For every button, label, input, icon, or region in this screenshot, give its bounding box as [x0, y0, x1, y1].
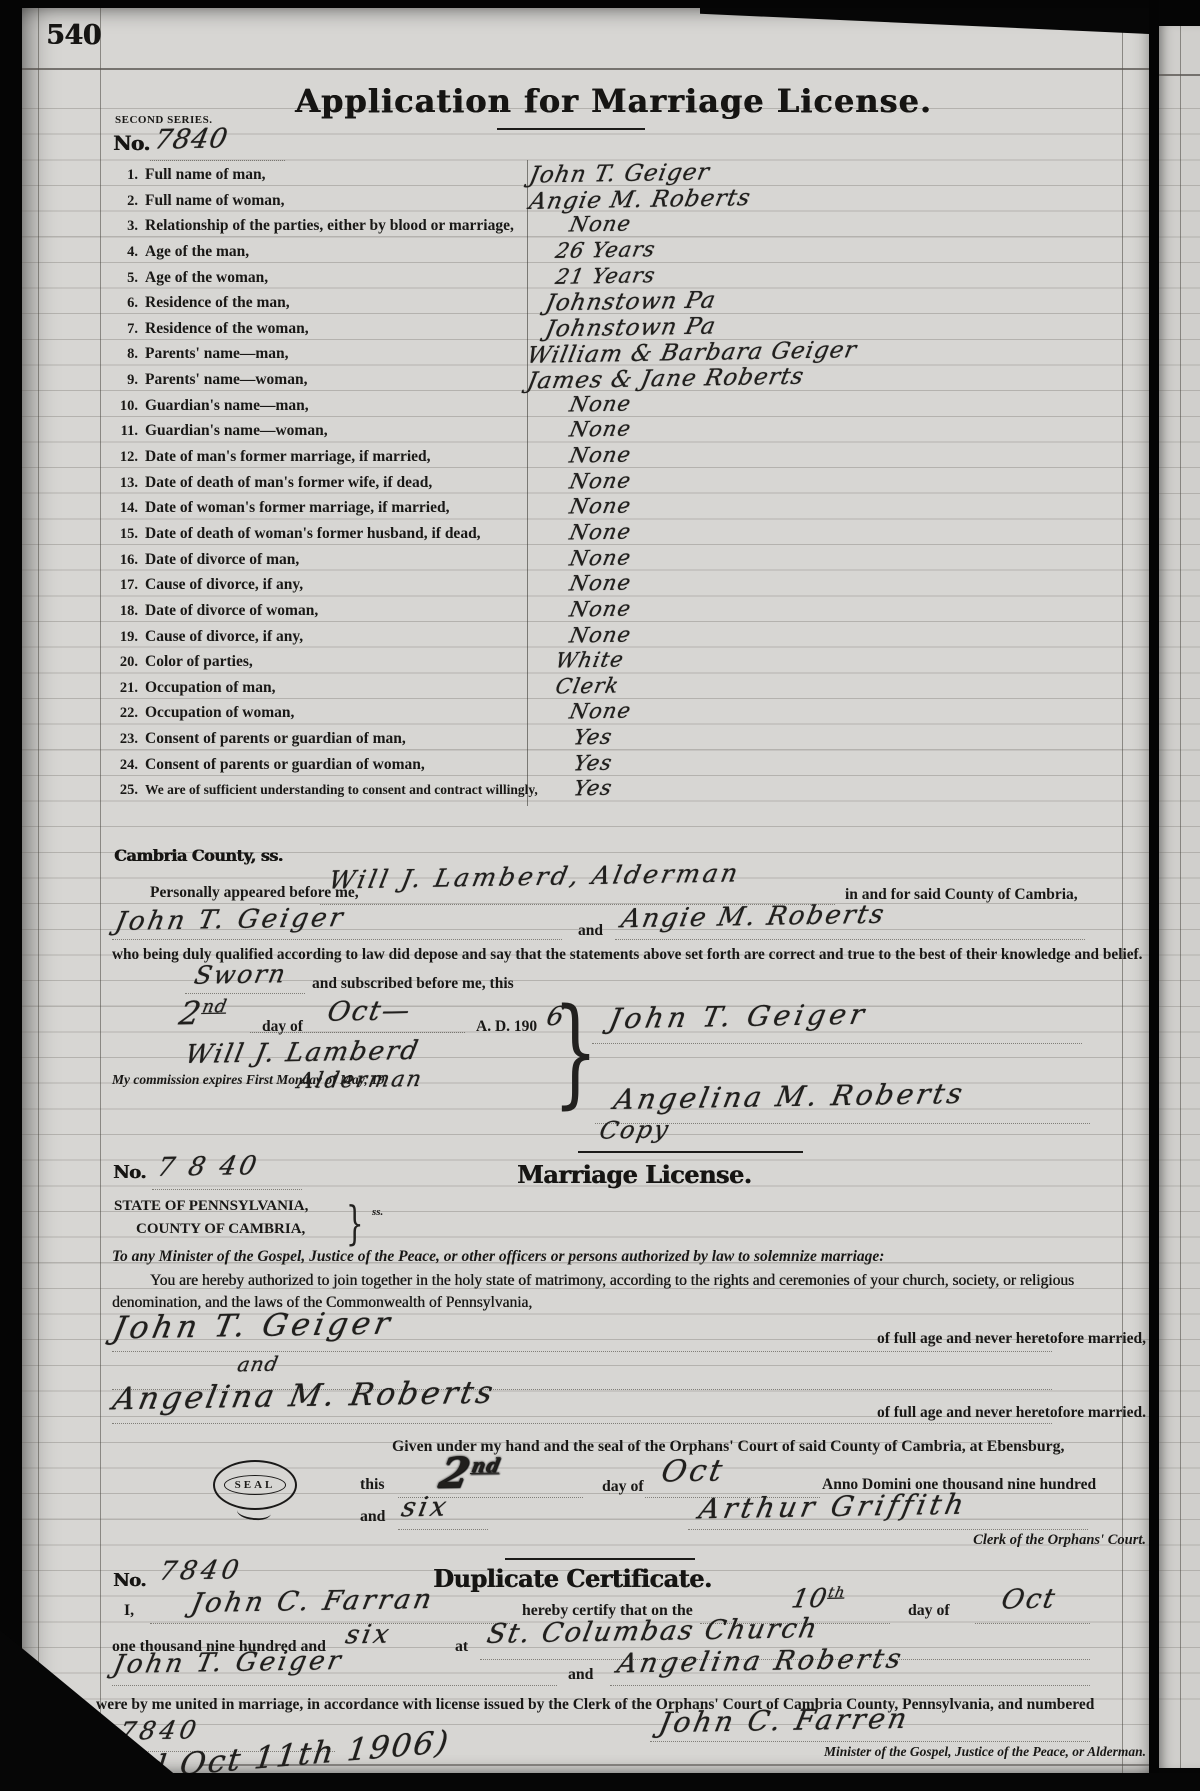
form-item-answer: 26 Years [553, 237, 657, 263]
license-year-blank [398, 1528, 488, 1530]
form-item-number: 12. [112, 449, 138, 466]
form-item-answer: None [568, 443, 634, 468]
license-this-label: this [360, 1476, 385, 1494]
license-month: Oct [658, 1453, 728, 1489]
license-authorization-line1: You are hereby authorized to join togeth… [150, 1272, 1074, 1290]
scan-edge-bottom [0, 1773, 1200, 1791]
certificate-bride-name: Angelina Roberts [614, 1644, 906, 1680]
form-item-answer: Angie M. Roberts [527, 185, 753, 215]
form-item-answer: Johnstown Pa [543, 313, 718, 342]
certificate-title: Duplicate Certificate. [433, 1564, 712, 1593]
license-year-word: six [399, 1492, 452, 1524]
form-item-label: Age of the man, [145, 243, 249, 260]
form-item-number: 7. [112, 321, 138, 338]
form-item-number: 13. [112, 475, 138, 492]
affidavit-deponent-woman: Angie M. Roberts [619, 900, 889, 935]
form-item-answer: None [568, 519, 634, 544]
certificate-groom-name: John T. Geiger [111, 1646, 346, 1680]
license-day-suffix: nd [469, 1454, 502, 1477]
license-no-label: No. [113, 1162, 146, 1183]
margin-rule-left-outer [38, 8, 39, 1773]
form-item-label: Date of woman's former marriage, if marr… [145, 499, 449, 516]
form-item-label: We are of sufficient understanding to co… [145, 782, 538, 797]
license-bride-note: of full age and never heretofore married… [877, 1404, 1146, 1422]
form-item-number: 22. [112, 705, 138, 722]
bride-affidavit-signature: Angelina M. Roberts [611, 1077, 968, 1116]
certificate-united-text: were by me united in marriage, in accord… [96, 1696, 1094, 1714]
license-ss-label: ss. [372, 1206, 383, 1218]
license-ss-brace: } [346, 1196, 364, 1250]
affidavit-subscribed-text: and subscribed before me, this [312, 975, 514, 993]
groom-signature-blank [592, 1042, 1082, 1044]
form-item-answer: None [568, 699, 634, 724]
certificate-minister-signature: John C. Farren [656, 1702, 912, 1739]
affidavit-ad-label: A. D. 190 [476, 1018, 537, 1036]
certificate-no-label: No. [113, 1570, 146, 1591]
license-bride-blank [112, 1422, 1052, 1424]
copy-annotation: Copy [597, 1115, 672, 1144]
form-item-label: Occupation of man, [145, 679, 275, 696]
form-item-number: 25. [112, 782, 138, 799]
form-item-answer: James & Jane Roberts [525, 364, 807, 395]
certificate-year-word: six [343, 1620, 394, 1651]
adjacent-page-rule [1180, 26, 1181, 1768]
application-no-value: 7840 [152, 123, 231, 155]
clerk-signature-blank [688, 1528, 1088, 1530]
affidavit-deponent-woman-blank [615, 938, 1085, 940]
form-item-answer: None [568, 494, 634, 519]
form-item-number: 9. [112, 372, 138, 389]
form-item-answer: None [568, 545, 634, 570]
form-item-row: 23.Consent of parents or guardian of man… [112, 730, 1149, 756]
form-item-answer: None [568, 622, 634, 647]
form-item-answer: None [568, 212, 634, 237]
affidavit-day-of-label: day of [262, 1018, 303, 1036]
form-item-label: Full name of man, [145, 166, 266, 183]
form-item-label: Date of man's former marriage, if marrie… [145, 448, 431, 465]
application-no-blank [150, 159, 285, 161]
form-item-answer: White [554, 648, 627, 673]
header-rule [22, 68, 1149, 70]
certificate-minister-title: Minister of the Gospel, Justice of the P… [824, 1744, 1146, 1760]
certificate-day: 10th [789, 1584, 847, 1615]
page-number: 540 [46, 20, 101, 51]
form-item-answer: None [568, 468, 634, 493]
certificate-and-label: and [568, 1666, 593, 1684]
form-item-label: Date of death of woman's former husband,… [145, 525, 481, 542]
license-groom-note: of full age and never heretofore married… [877, 1330, 1146, 1348]
certificate-at-label: at [455, 1638, 468, 1656]
certificate-i-label: I, [124, 1602, 134, 1620]
groom-affidavit-signature: John T. Geiger [606, 998, 871, 1035]
form-item-row: 24.Consent of parents or guardian of wom… [112, 756, 1149, 782]
license-addressee: To any Minister of the Gospel, Justice o… [112, 1248, 884, 1266]
license-groom-name: John T. Geiger [110, 1306, 397, 1347]
form-item-answer: None [568, 417, 634, 442]
license-state-line: STATE OF PENNSYLVANIA, [114, 1198, 308, 1215]
form-item-number: 20. [112, 654, 138, 671]
document-title: Application for Marriage License. [295, 82, 932, 120]
form-item-answer: John T. Geiger [527, 159, 712, 188]
form-item-answer: Yes [572, 776, 615, 801]
form-item-label: Consent of parents or guardian of woman, [145, 756, 425, 773]
certificate-month-blank [975, 1622, 1090, 1624]
form-item-label: Cause of divorce, if any, [145, 628, 303, 645]
form-item-label: Age of the woman, [145, 269, 268, 286]
certificate-minister-signature-blank [650, 1740, 1090, 1742]
certificate-minister-name: John C. Farran [189, 1584, 438, 1619]
certificate-day-of-label: day of [908, 1602, 950, 1620]
form-item-label: Guardian's name—man, [145, 397, 309, 414]
orphans-court-seal: SEAL [213, 1460, 297, 1510]
form-item-answer: None [568, 391, 634, 416]
license-bride-name: Angelina M. Roberts [110, 1375, 499, 1418]
application-no-label: No. [113, 131, 150, 155]
form-item-label: Parents' name—man, [145, 345, 289, 362]
form-item-number: 16. [112, 552, 138, 569]
license-no-blank [152, 1188, 302, 1190]
form-item-number: 18. [112, 603, 138, 620]
book-gutter [1149, 0, 1159, 1791]
form-item-label: Date of death of man's former wife, if d… [145, 474, 432, 491]
form-item-label: Color of parties, [145, 653, 253, 670]
title-underline [497, 128, 645, 130]
section-divider [505, 1558, 695, 1560]
certificate-bride-blank [610, 1684, 1090, 1686]
application-items: 1.Full name of man,John T. Geiger 2.Full… [112, 166, 1149, 807]
form-item-number: 10. [112, 398, 138, 415]
affidavit-sworn-word: Sworn [192, 959, 290, 990]
form-item-answer: Clerk [554, 673, 622, 698]
certificate-groom-blank [112, 1684, 557, 1686]
certificate-minister-blank [150, 1622, 510, 1624]
form-item-number: 15. [112, 526, 138, 543]
form-item-number: 24. [112, 757, 138, 774]
form-item-number: 5. [112, 270, 138, 287]
form-item-row: 19.Cause of divorce, if any,None [112, 628, 1149, 654]
license-and-label: and [360, 1508, 385, 1526]
copy-underline [578, 1151, 803, 1153]
affidavit-officer-signature: Will J. Lamberd [183, 1036, 423, 1070]
form-item-number: 1. [112, 167, 138, 184]
form-item-label: Date of divorce of woman, [145, 602, 318, 619]
affidavit-deponent-man-blank [112, 938, 562, 940]
form-item-label: Occupation of woman, [145, 704, 294, 721]
form-item-label: Relationship of the parties, either by b… [145, 217, 514, 234]
seal-label: SEAL [224, 1475, 287, 1495]
form-item-label: Residence of the woman, [145, 320, 309, 337]
certificate-place: St. Columbas Church [484, 1613, 821, 1650]
form-item-number: 2. [112, 193, 138, 210]
clerk-title: Clerk of the Orphans' Court. [973, 1532, 1146, 1549]
form-item-label: Guardian's name—woman, [145, 422, 328, 439]
license-title: Marriage License. [517, 1160, 751, 1189]
affidavit-deponent-man: John T. Geiger [113, 903, 348, 937]
affidavit-month-blank [250, 1031, 465, 1033]
certificate-no-value: 7840 [157, 1555, 245, 1586]
form-item-answer: Johnstown Pa [543, 288, 718, 317]
form-item-answer: None [568, 596, 634, 621]
affidavit-brace: } [553, 982, 598, 1120]
scanned-register-page: 540 Application for Marriage License. SE… [0, 0, 1200, 1791]
license-day-of-label: day of [602, 1478, 644, 1496]
affidavit-month: Oct— [325, 995, 414, 1027]
form-item-label: Cause of divorce, if any, [145, 576, 303, 593]
certificate-day-number: 10 [789, 1584, 830, 1615]
form-item-label: Date of divorce of man, [145, 551, 299, 568]
form-item-number: 19. [112, 629, 138, 646]
affidavit-day-suffix: nd [201, 997, 230, 1017]
form-item-number: 21. [112, 680, 138, 697]
margin-rule-left-inner [100, 8, 101, 1773]
commission-expiry-text: My commission expires First Monday of Ma… [112, 1072, 385, 1088]
license-no-value: 7 8 40 [155, 1151, 262, 1183]
form-item-answer: Yes [572, 750, 615, 775]
form-item-number: 8. [112, 346, 138, 363]
license-county-line: COUNTY OF CAMBRIA, [136, 1221, 305, 1238]
affidavit-and-label: and [578, 922, 603, 940]
form-item-label: Full name of woman, [145, 192, 285, 209]
certificate-day-suffix: th [827, 1585, 847, 1601]
form-item-answer: Yes [572, 725, 615, 750]
form-item-number: 6. [112, 295, 138, 312]
form-item-label: Consent of parents or guardian of man, [145, 730, 406, 747]
form-item-label: Parents' name—woman, [145, 371, 307, 388]
license-groom-connector: and [236, 1352, 281, 1377]
form-item-row: 22.Occupation of woman,None [112, 704, 1149, 730]
form-item-number: 11. [112, 423, 138, 440]
form-item-row: 20.Color of parties,White [112, 653, 1149, 679]
adjacent-header-rule [1159, 74, 1200, 76]
form-item-answer: 21 Years [553, 263, 657, 289]
form-item-row: 25.We are of sufficient understanding to… [112, 781, 1149, 807]
license-day: 2nd [435, 1447, 504, 1497]
form-item-number: 14. [112, 500, 138, 517]
form-item-answer: None [568, 571, 634, 596]
form-item-number: 3. [112, 218, 138, 235]
affidavit-day: 2nd [176, 994, 230, 1033]
clerk-signature: Arthur Griffith [696, 1488, 970, 1526]
form-item-number: 4. [112, 244, 138, 261]
certificate-month: Oct [999, 1584, 1059, 1616]
affidavit-county-heading: Cambria County, ss. [114, 846, 283, 865]
form-item-number: 17. [112, 577, 138, 594]
form-item-number: 23. [112, 731, 138, 748]
form-item-label: Residence of the man, [145, 294, 290, 311]
